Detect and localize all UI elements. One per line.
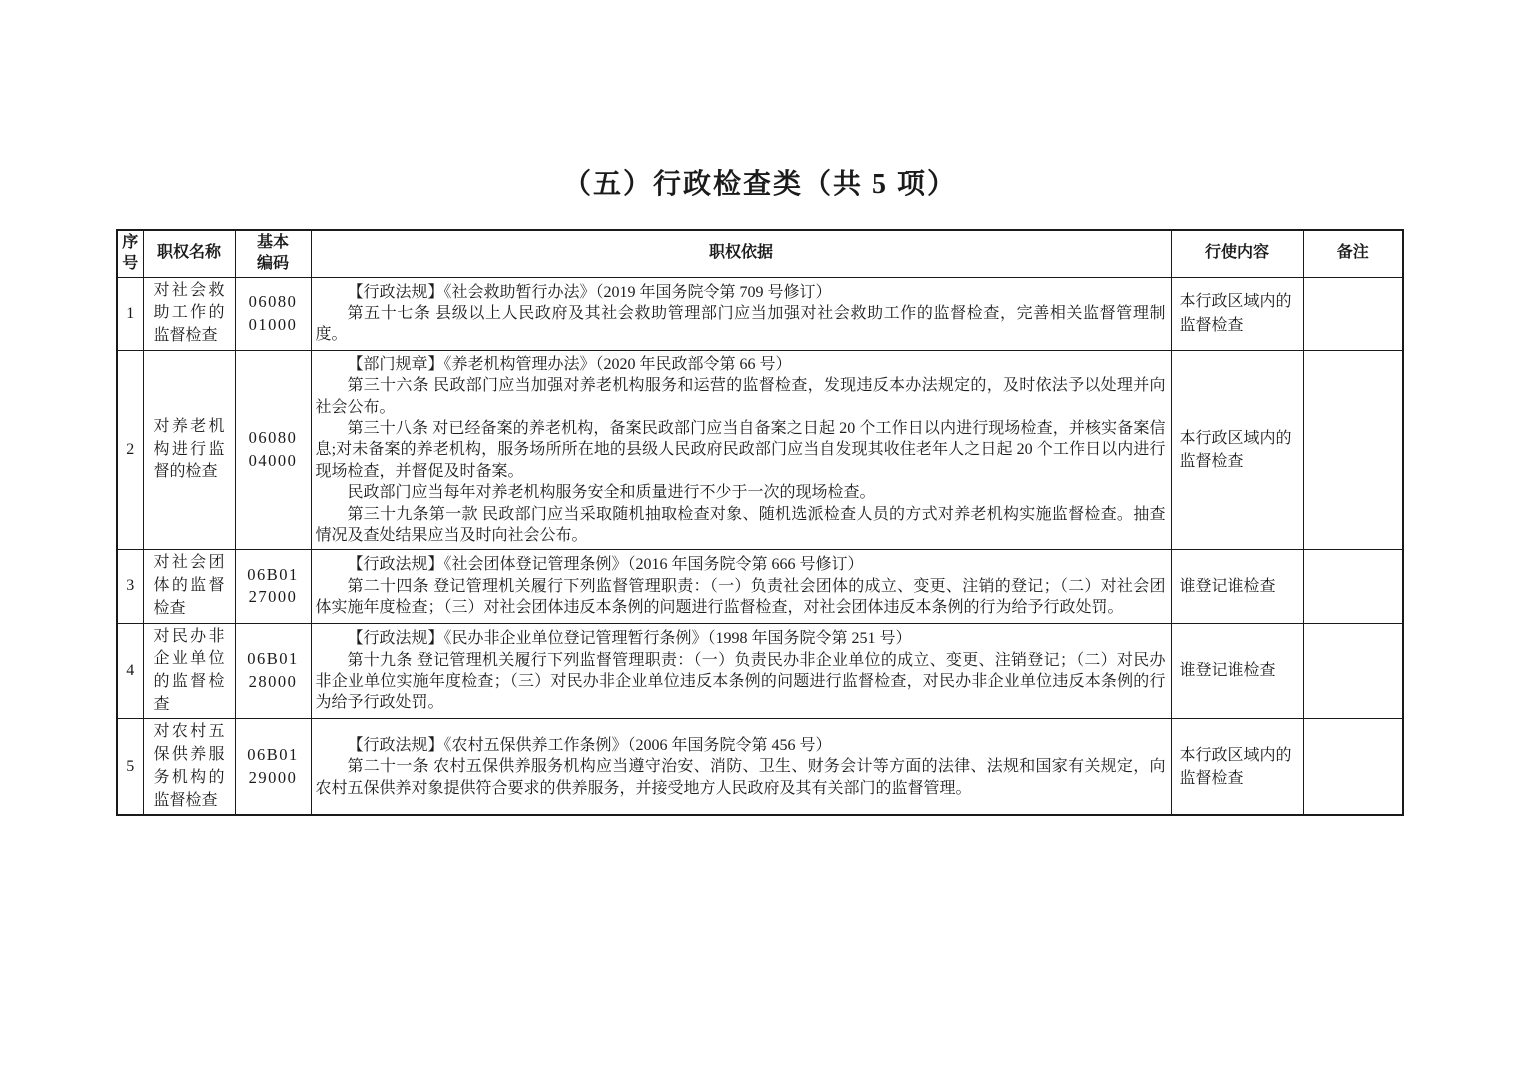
basis-paragraph: 【行政法规】《社会团体登记管理条例》（2016 年国务院令第 666 号修订）	[316, 554, 1166, 575]
header-content: 行使内容	[1171, 230, 1303, 277]
power-name-cell: 对社会救助工作的监督检查	[143, 277, 235, 350]
table-row: 3 对社会团体的监督检查 06B01 27000 【行政法规】《社会团体登记管理…	[117, 550, 1403, 623]
basis-cell: 【行政法规】《社会团体登记管理条例》（2016 年国务院令第 666 号修订） …	[311, 550, 1171, 623]
row-index-cell: 5	[117, 719, 143, 815]
remark-cell	[1303, 623, 1403, 719]
row-index-cell: 2	[117, 350, 143, 550]
code-cell: 06080 04000	[235, 350, 311, 550]
basis-paragraph: 第二十一条 农村五保供养服务机构应当遵守治安、消防、卫生、财务会计等方面的法律、…	[316, 756, 1166, 799]
code-cell: 06B01 29000	[235, 719, 311, 815]
table-row: 4 对民办非企业单位的监督检查 06B01 28000 【行政法规】《民办非企业…	[117, 623, 1403, 719]
power-name-cell: 对社会团体的监督检查	[143, 550, 235, 623]
basis-cell: 【部门规章】《养老机构管理办法》（2020 年民政部令第 66 号） 第三十六条…	[311, 350, 1171, 550]
remark-cell	[1303, 550, 1403, 623]
content-cell: 本行政区域内的监督检查	[1171, 277, 1303, 350]
basis-paragraph: 民政部门应当每年对养老机构服务安全和质量进行不少于一次的现场检查。	[316, 482, 1166, 503]
basis-paragraph: 第十九条 登记管理机关履行下列监督管理职责：（一）负责民办非企业单位的成立、变更…	[316, 650, 1166, 714]
remark-cell	[1303, 350, 1403, 550]
row-index-cell: 3	[117, 550, 143, 623]
document-page: （五）行政检查类（共 5 项） 序 号 职权名称 基本 编码 职权依据 行使内容…	[0, 0, 1520, 1074]
basis-cell: 【行政法规】《农村五保供养工作条例》（2006 年国务院令第 456 号） 第二…	[311, 719, 1171, 815]
table-row: 5 对农村五保供养服务机构的监督检查 06B01 29000 【行政法规】《农村…	[117, 719, 1403, 815]
basis-cell: 【行政法规】《社会救助暂行办法》（2019 年国务院令第 709 号修订） 第五…	[311, 277, 1171, 350]
header-remark: 备注	[1303, 230, 1403, 277]
row-index-cell: 1	[117, 277, 143, 350]
header-code: 基本 编码	[235, 230, 311, 277]
table-row: 1 对社会救助工作的监督检查 06080 01000 【行政法规】《社会救助暂行…	[117, 277, 1403, 350]
content-cell: 谁登记谁检查	[1171, 623, 1303, 719]
table-header-row: 序 号 职权名称 基本 编码 职权依据 行使内容 备注	[117, 230, 1403, 277]
remark-cell	[1303, 277, 1403, 350]
basis-cell: 【行政法规】《民办非企业单位登记管理暂行条例》（1998 年国务院令第 251 …	[311, 623, 1171, 719]
remark-cell	[1303, 719, 1403, 815]
content-cell: 谁登记谁检查	[1171, 550, 1303, 623]
page-title: （五）行政检查类（共 5 项）	[0, 162, 1520, 202]
header-basis: 职权依据	[311, 230, 1171, 277]
basis-paragraph: 第三十九条第一款 民政部门应当采取随机抽取检查对象、随机选派检查人员的方式对养老…	[316, 504, 1166, 547]
basis-paragraph: 【行政法规】《社会救助暂行办法》（2019 年国务院令第 709 号修订）	[316, 282, 1166, 303]
basis-paragraph: 第三十六条 民政部门应当加强对养老机构服务和运营的监督检查，发现违反本办法规定的…	[316, 375, 1166, 418]
header-index: 序 号	[117, 230, 143, 277]
code-cell: 06B01 28000	[235, 623, 311, 719]
basis-paragraph: 第三十八条 对已经备案的养老机构，备案民政部门应当自备案之日起 20 个工作日以…	[316, 418, 1166, 482]
code-cell: 06B01 27000	[235, 550, 311, 623]
power-name-cell: 对养老机构进行监督的检查	[143, 350, 235, 550]
code-cell: 06080 01000	[235, 277, 311, 350]
header-power-name: 职权名称	[143, 230, 235, 277]
row-index-cell: 4	[117, 623, 143, 719]
content-cell: 本行政区域内的监督检查	[1171, 719, 1303, 815]
table-row: 2 对养老机构进行监督的检查 06080 04000 【部门规章】《养老机构管理…	[117, 350, 1403, 550]
content-cell: 本行政区域内的监督检查	[1171, 350, 1303, 550]
power-name-cell: 对农村五保供养服务机构的监督检查	[143, 719, 235, 815]
basis-paragraph: 【部门规章】《养老机构管理办法》（2020 年民政部令第 66 号）	[316, 354, 1166, 375]
basis-paragraph: 第二十四条 登记管理机关履行下列监督管理职责：（一）负责社会团体的成立、变更、注…	[316, 576, 1166, 619]
basis-paragraph: 第五十七条 县级以上人民政府及其社会救助管理部门应当加强对社会救助工作的监督检查…	[316, 303, 1166, 346]
power-name-cell: 对民办非企业单位的监督检查	[143, 623, 235, 719]
basis-paragraph: 【行政法规】《民办非企业单位登记管理暂行条例》（1998 年国务院令第 251 …	[316, 628, 1166, 649]
authority-table: 序 号 职权名称 基本 编码 职权依据 行使内容 备注 1 对社会救助工作的监督…	[116, 229, 1404, 816]
basis-paragraph: 【行政法规】《农村五保供养工作条例》（2006 年国务院令第 456 号）	[316, 735, 1166, 756]
